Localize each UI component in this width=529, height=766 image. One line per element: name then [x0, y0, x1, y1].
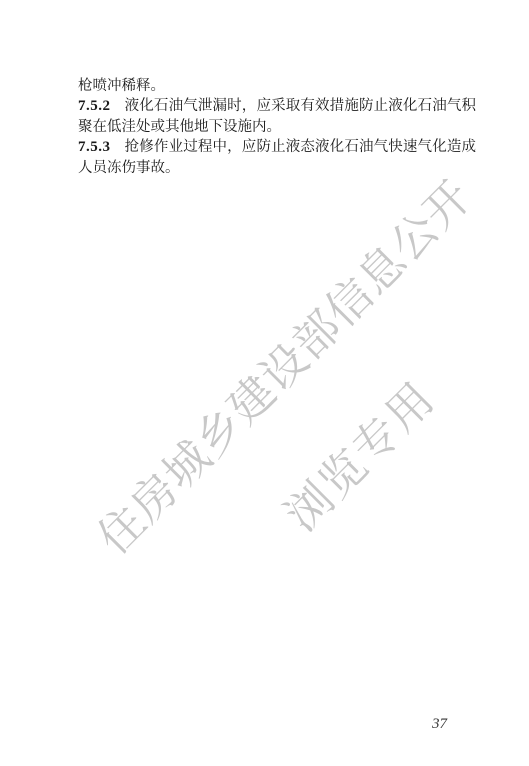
- paragraph-text: 枪喷冲稀释。: [78, 78, 165, 94]
- paragraph-continuation: 枪喷冲稀释。: [78, 76, 476, 96]
- clause-text: 抢修作业过程中，应防止液态液化石油气快速气化造成人员冻伤事故。: [78, 139, 476, 175]
- clause-number: 7.5.2: [78, 98, 111, 114]
- body-text: 枪喷冲稀释。 7.5.2液化石油气泄漏时，应采取有效措施防止液化石油气积聚在低洼…: [78, 76, 476, 178]
- document-page: 枪喷冲稀释。 7.5.2液化石油气泄漏时，应采取有效措施防止液化石油气积聚在低洼…: [0, 0, 529, 766]
- clause-7-5-2: 7.5.2液化石油气泄漏时，应采取有效措施防止液化石油气积聚在低洼处或其他地下设…: [78, 96, 476, 137]
- clause-number: 7.5.3: [78, 139, 111, 155]
- watermark-line-2: 浏览专用: [268, 364, 447, 543]
- clause-text: 液化石油气泄漏时，应采取有效措施防止液化石油气积聚在低洼处或其他地下设施内。: [78, 98, 476, 134]
- watermark-line-1: 住房城乡建设部信息公开: [80, 162, 484, 566]
- clause-7-5-3: 7.5.3抢修作业过程中，应防止液态液化石油气快速气化造成人员冻伤事故。: [78, 137, 476, 178]
- page-number: 37: [432, 716, 447, 733]
